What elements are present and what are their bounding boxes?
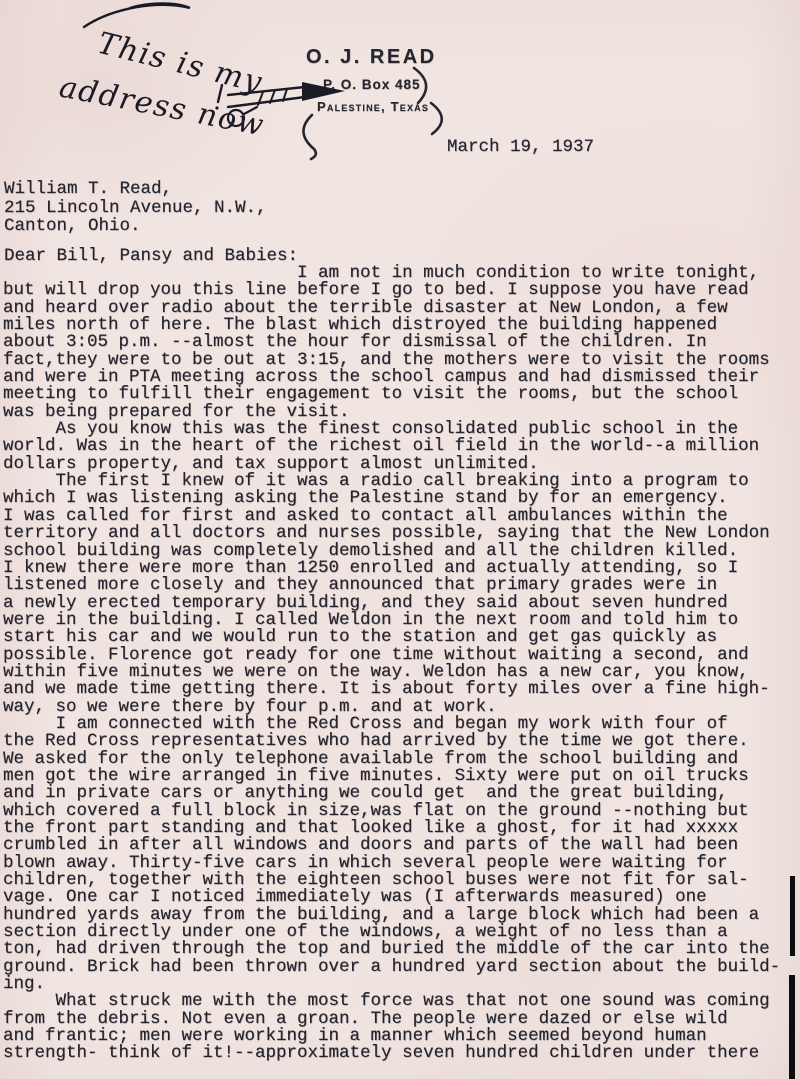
arrow-head-icon [302,82,345,101]
handwriting-tick-dot [215,106,218,109]
letterhead-bracket-right-upper [414,68,426,103]
letter-scan-page: O. J. READ P. O. Box 485 Palestine, Texa… [0,0,800,1079]
letterhead-bracket-left-lower [303,115,315,159]
handwriting-flourish-stroke [84,4,190,28]
arrow-shaft-bottom-stroke [228,97,305,107]
scan-edge-artifact-upper [790,876,795,956]
recipient-address: William T. Read, 215 Lincoln Avenue, N.W… [4,180,267,236]
letterhead-bracket-right-lower [431,103,442,134]
letter-date: March 19, 1937 [447,138,594,156]
handwritten-annotation-overlay: This is my address now [0,0,470,175]
letter-body: I am not in much condition to write toni… [3,265,800,1063]
scan-edge-artifact-lower [789,975,795,1079]
